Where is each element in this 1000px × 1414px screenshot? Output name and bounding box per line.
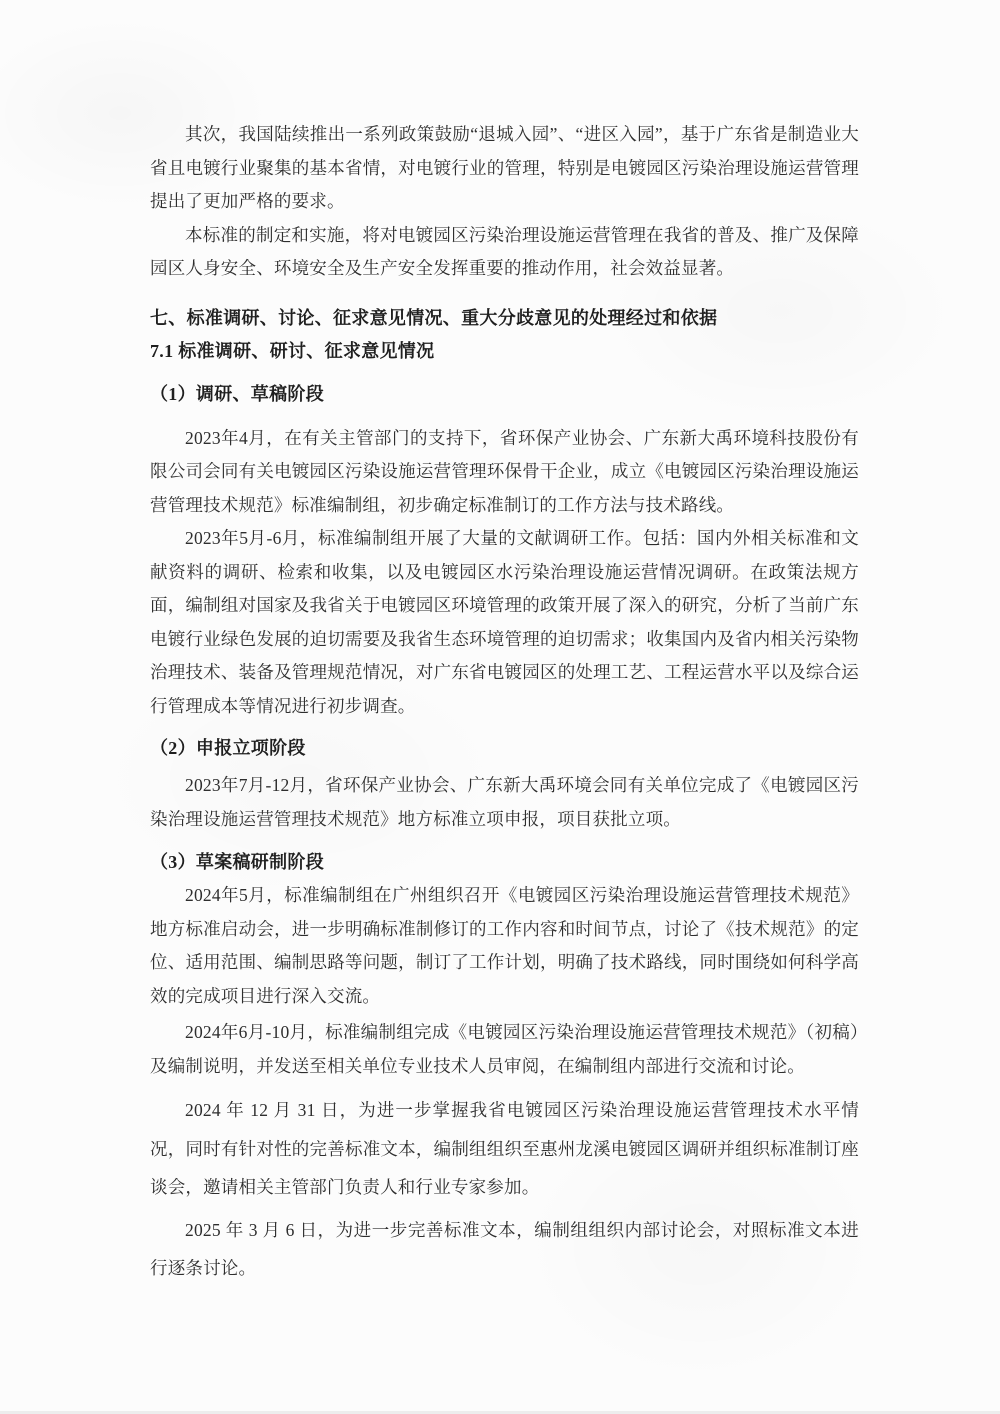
heading-stage-2-project-application: （2）申报立项阶段 (150, 732, 859, 765)
para-2024-06-10: 2024年6月-10月，标准编制组完成《电镀园区污染治理设施运营管理技术规范》（… (150, 1016, 859, 1083)
para-2023-07-12: 2023年7月-12月，省环保产业协会、广东新大禹环境会同有关单位完成了《电镀园… (150, 769, 859, 836)
para-policy-background: 其次，我国陆续推出一系列政策鼓励“退城入园”、“进区入园”，基于广东省是制造业大… (150, 118, 859, 219)
heading-section-7-1: 7.1 标准调研、研讨、征求意见情况 (150, 335, 859, 368)
document-content: 其次，我国陆续推出一系列政策鼓励“退城入园”、“进区入园”，基于广东省是制造业大… (150, 118, 859, 1288)
para-2025-03-06: 2025 年 3 月 6 日，为进一步完善标准文本，编制组组织内部讨论会，对照标… (150, 1211, 859, 1288)
para-2023-05-06: 2023年5月-6月，标准编制组开展了大量的文献调研工作。包括：国内外相关标准和… (150, 522, 859, 723)
heading-stage-1-research-draft: （1）调研、草稿阶段 (150, 378, 859, 411)
para-2024-05: 2024年5月，标准编制组在广州组织召开《电镀园区污染治理设施运营管理技术规范》… (150, 879, 859, 1013)
para-2024-12-31: 2024 年 12 月 31 日，为进一步掌握我省电镀园区污染治理设施运营管理技… (150, 1091, 859, 1207)
document-page: 其次，我国陆续推出一系列政策鼓励“退城入园”、“进区入园”，基于广东省是制造业大… (0, 0, 1000, 1414)
heading-stage-3-draft-development: （3）草案稿研制阶段 (150, 846, 859, 879)
para-2023-04: 2023年4月，在有关主管部门的支持下，省环保产业协会、广东新大禹环境科技股份有… (150, 422, 859, 523)
para-standard-significance: 本标准的制定和实施，将对电镀园区污染治理设施运营管理在我省的普及、推广及保障园区… (150, 219, 859, 286)
heading-section-7: 七、标准调研、讨论、征求意见情况、重大分歧意见的处理经过和依据 (150, 302, 859, 335)
